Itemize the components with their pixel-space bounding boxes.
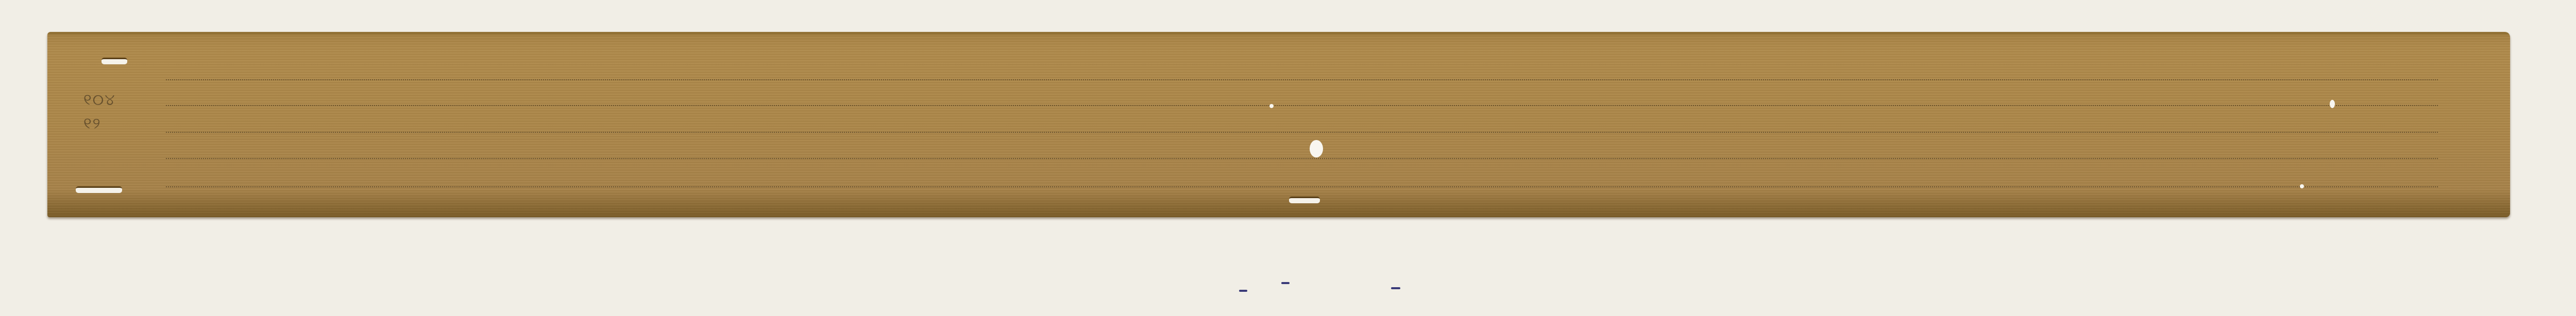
script-line-4 [166, 157, 2438, 159]
ruler-mark [1239, 290, 1247, 292]
worm-hole [2300, 184, 2304, 188]
worm-hole [1269, 104, 1274, 108]
ruler-mark [1391, 287, 1400, 289]
folio-numeral-1: ୧୦୪ [83, 89, 125, 112]
leaf-grain [47, 32, 2510, 217]
worm-hole [2330, 100, 2335, 108]
script-line-5 [166, 185, 2438, 187]
script-line-1 [166, 78, 2438, 80]
ruler-mark [1281, 282, 1290, 284]
binding-hole [1310, 140, 1323, 157]
script-line-2 [166, 104, 2438, 106]
script-line-3 [166, 131, 2438, 133]
edge-damage [76, 186, 122, 193]
edge-damage [1289, 197, 1320, 203]
palm-leaf: ୧୦୪ ୧୨ [47, 32, 2510, 217]
edge-damage [101, 58, 127, 64]
margin-folio-number: ୧୦୪ ୧୨ [83, 89, 125, 136]
folio-numeral-2: ୧୨ [83, 112, 125, 136]
